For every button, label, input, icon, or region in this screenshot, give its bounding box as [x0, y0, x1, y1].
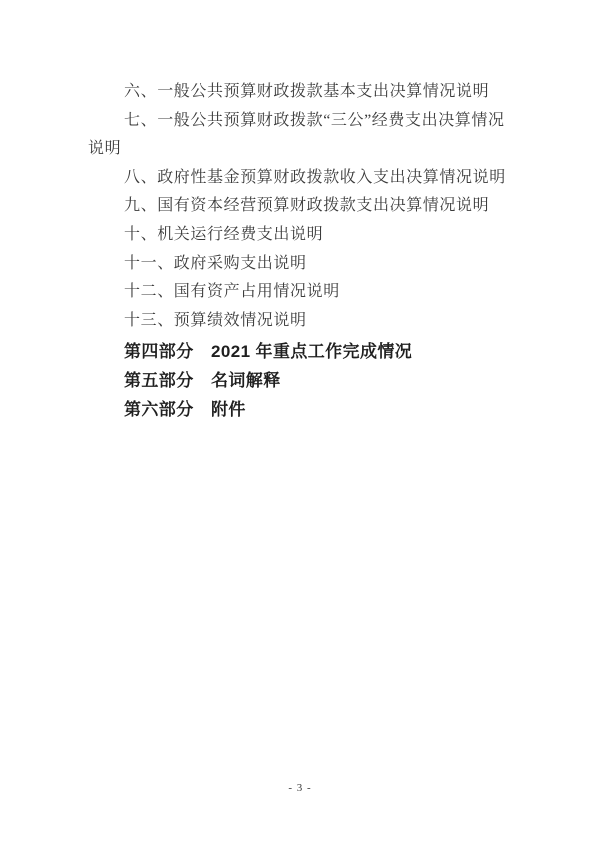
- page-number: - 3 -: [0, 782, 600, 794]
- toc-line-item-6: 六、一般公共预算财政拨款基本支出决算情况说明: [88, 78, 530, 107]
- toc-line-part-6: 第六部分 附件: [88, 396, 530, 425]
- toc-line-item-7: 七、一般公共预算财政拨款“三公”经费支出决算情况: [88, 107, 530, 136]
- toc-line-item-8: 八、政府性基金预算财政拨款收入支出决算情况说明: [88, 164, 530, 193]
- document-page: 六、一般公共预算财政拨款基本支出决算情况说明 七、一般公共预算财政拨款“三公”经…: [0, 0, 600, 848]
- toc-line-item-13: 十三、预算绩效情况说明: [88, 307, 530, 336]
- toc-content: 六、一般公共预算财政拨款基本支出决算情况说明 七、一般公共预算财政拨款“三公”经…: [88, 78, 530, 424]
- toc-line-item-10: 十、机关运行经费支出说明: [88, 221, 530, 250]
- toc-line-item-9: 九、国有资本经营预算财政拨款支出决算情况说明: [88, 192, 530, 221]
- toc-line-part-4: 第四部分 2021 年重点工作完成情况: [88, 338, 530, 367]
- toc-line-item-12: 十二、国有资产占用情况说明: [88, 278, 530, 307]
- toc-line-part-5: 第五部分 名词解释: [88, 367, 530, 396]
- toc-line-item-11: 十一、政府采购支出说明: [88, 250, 530, 279]
- toc-line-item-7-wrap: 说明: [88, 135, 530, 164]
